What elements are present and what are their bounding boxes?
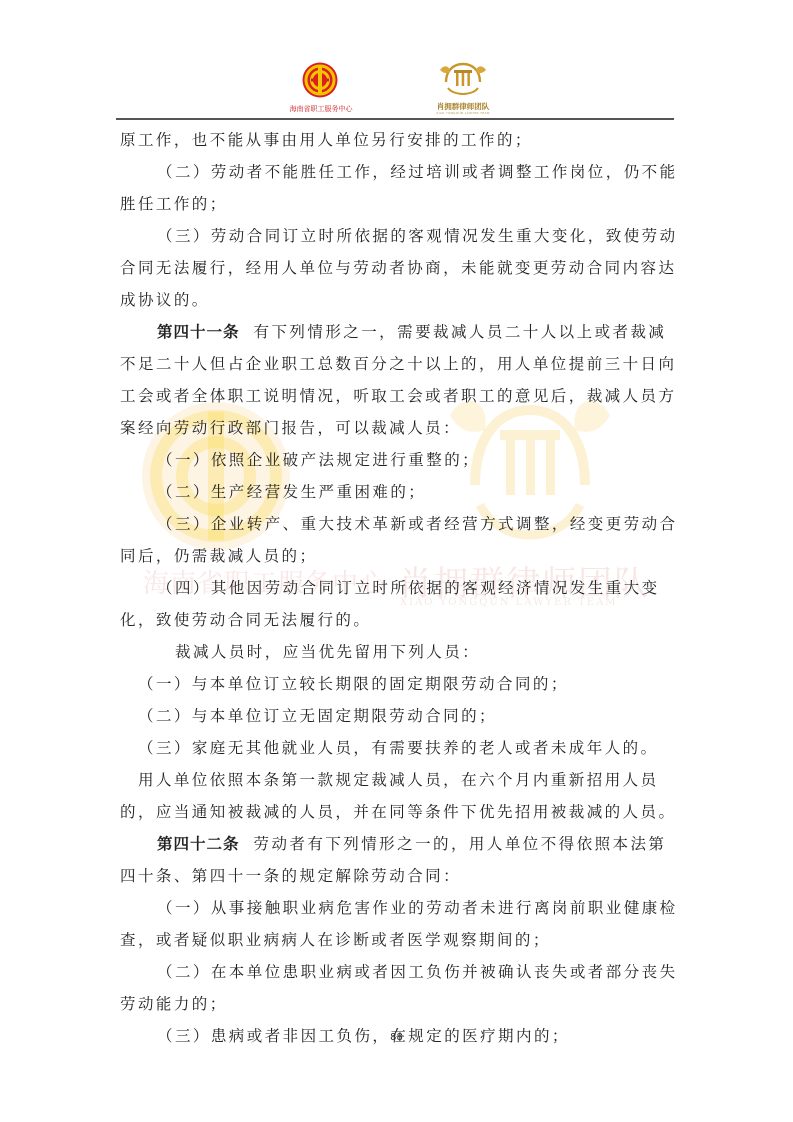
text-line: 查，或者疑似职业病病人在诊断或者医学观察期间的；	[120, 924, 676, 956]
line-text: 不足二十人但占企业职工总数百分之十以上的，用人单位提前三十日向	[120, 355, 676, 373]
line-text: 查，或者疑似职业病病人在诊断或者医学观察期间的；	[120, 931, 551, 949]
line-text: 有下列情形之一，需要裁减人员二十人以上或者裁减	[254, 323, 667, 341]
text-line: 合同无法履行，经用人单位与劳动者协商，未能就变更劳动合同内容达	[120, 252, 676, 284]
line-text: （一）从事接触职业病危害作业的劳动者未进行离岗前职业健康检	[157, 899, 678, 917]
right-logo-subcaption: XIAO YONGQUN LAWYER TEAM	[426, 111, 500, 115]
text-line: 劳动能力的；	[120, 988, 676, 1020]
list-item: （三）企业转产、重大技术革新或者经营方式调整，经变更劳动合	[120, 508, 676, 540]
list-item: （二）生产经营发生严重困难的；	[120, 476, 676, 508]
trade-union-logo-icon	[302, 62, 338, 98]
line-text: 的，应当通知被裁减的人员，并在同等条件下优先招用被裁减的人员。	[120, 803, 676, 821]
list-item: （二）在本单位患职业病或者因工负伤并被确认丧失或者部分丧失	[120, 956, 676, 988]
line-text: （一）与本单位订立较长期限的固定期限劳动合同的；	[138, 675, 569, 693]
line-text: （二）劳动者不能胜任工作，经过培训或者调整工作岗位，仍不能	[157, 163, 678, 181]
list-item: （一）从事接触职业病危害作业的劳动者未进行离岗前职业健康检	[120, 892, 676, 924]
list-item: （二）与本单位订立无固定期限劳动合同的；	[120, 700, 676, 732]
article-42: 第四十二条劳动者有下列情形之一的，用人单位不得依照本法第	[120, 828, 676, 860]
line-text: （一）依照企业破产法规定进行重整的；	[157, 451, 480, 469]
header-divider	[116, 118, 674, 120]
page-number: 88	[0, 1032, 793, 1043]
line-text: 原工作，也不能从事由用人单位另行安排的工作的；	[120, 131, 533, 149]
article-title: 第四十二条	[157, 835, 240, 853]
line-text: （三）企业转产、重大技术革新或者经营方式调整，经变更劳动合	[157, 515, 678, 533]
line-text: （二）与本单位订立无固定期限劳动合同的；	[138, 707, 497, 725]
line-text: 四十条、第四十一条的规定解除劳动合同：	[120, 867, 461, 885]
line-text: 同后，仍需裁减人员的；	[120, 547, 317, 565]
line-text: （二）在本单位患职业病或者因工负伤并被确认丧失或者部分丧失	[157, 963, 678, 981]
line-text: 劳动能力的；	[120, 995, 228, 1013]
line-text: 案经向劳动行政部门报告，可以裁减人员：	[120, 419, 461, 437]
page-header: 海南省职工服务中心 肖拥群律师团队 XIAO YONGQUN LAWYER TE…	[0, 0, 793, 122]
line-text: 劳动者有下列情形之一的，用人单位不得依照本法第	[254, 835, 667, 853]
line-text: 裁减人员时，应当优先留用下列人员：	[175, 643, 480, 661]
document-body: 原工作，也不能从事由用人单位另行安排的工作的； （二）劳动者不能胜任工作，经过培…	[120, 124, 676, 1052]
text-line: 原工作，也不能从事由用人单位另行安排的工作的；	[120, 124, 676, 156]
line-text: 成协议的。	[120, 291, 210, 309]
line-text: 合同无法履行，经用人单位与劳动者协商，未能就变更劳动合同内容达	[120, 259, 676, 277]
line-text: （三）劳动合同订立时所依据的客观情况发生重大变化，致使劳动	[157, 227, 678, 245]
left-logo-caption: 海南省职工服务中心	[283, 104, 359, 114]
text-line: 同后，仍需裁减人员的；	[120, 540, 676, 572]
list-item: （四）其他因劳动合同订立时所依据的客观经济情况发生重大变	[120, 572, 676, 604]
text-line: 工会或者全体职工说明情况，听取工会或者职工的意见后，裁减人员方	[120, 380, 676, 412]
list-item: （三）家庭无其他就业人员，有需要扶养的老人或者未成年人的。	[120, 732, 676, 764]
text-line: 四十条、第四十一条的规定解除劳动合同：	[120, 860, 676, 892]
paragraph-start: 裁减人员时，应当优先留用下列人员：	[120, 636, 676, 668]
line-text: 化，致使劳动合同无法履行的。	[120, 611, 371, 629]
article-title: 第四十一条	[157, 323, 240, 341]
list-item: （三）劳动合同订立时所依据的客观情况发生重大变化，致使劳动	[120, 220, 676, 252]
list-item: （二）劳动者不能胜任工作，经过培训或者调整工作岗位，仍不能	[120, 156, 676, 188]
text-line: 胜任工作的；	[120, 188, 676, 220]
text-line: 成协议的。	[120, 284, 676, 316]
text-line: 的，应当通知被裁减的人员，并在同等条件下优先招用被裁减的人员。	[120, 796, 676, 828]
line-text: （三）家庭无其他就业人员，有需要扶养的老人或者未成年人的。	[138, 739, 659, 757]
law-firm-logo-icon	[436, 60, 490, 100]
list-item: （一）依照企业破产法规定进行重整的；	[120, 444, 676, 476]
line-text: 工会或者全体职工说明情况，听取工会或者职工的意见后，裁减人员方	[120, 387, 676, 405]
text-line: 不足二十人但占企业职工总数百分之十以上的，用人单位提前三十日向	[120, 348, 676, 380]
line-text: （二）生产经营发生严重困难的；	[157, 483, 426, 501]
list-item: （一）与本单位订立较长期限的固定期限劳动合同的；	[120, 668, 676, 700]
line-text: 用人单位依照本条第一款规定裁减人员，在六个月内重新招用人员	[138, 771, 659, 789]
line-text: （四）其他因劳动合同订立时所依据的客观经济情况发生重大变	[157, 579, 660, 597]
paragraph-start: 用人单位依照本条第一款规定裁减人员，在六个月内重新招用人员	[120, 764, 676, 796]
text-line: 化，致使劳动合同无法履行的。	[120, 604, 676, 636]
article-41: 第四十一条有下列情形之一，需要裁减人员二十人以上或者裁减	[120, 316, 676, 348]
line-text: 胜任工作的；	[120, 195, 228, 213]
text-line: 案经向劳动行政部门报告，可以裁减人员：	[120, 412, 676, 444]
